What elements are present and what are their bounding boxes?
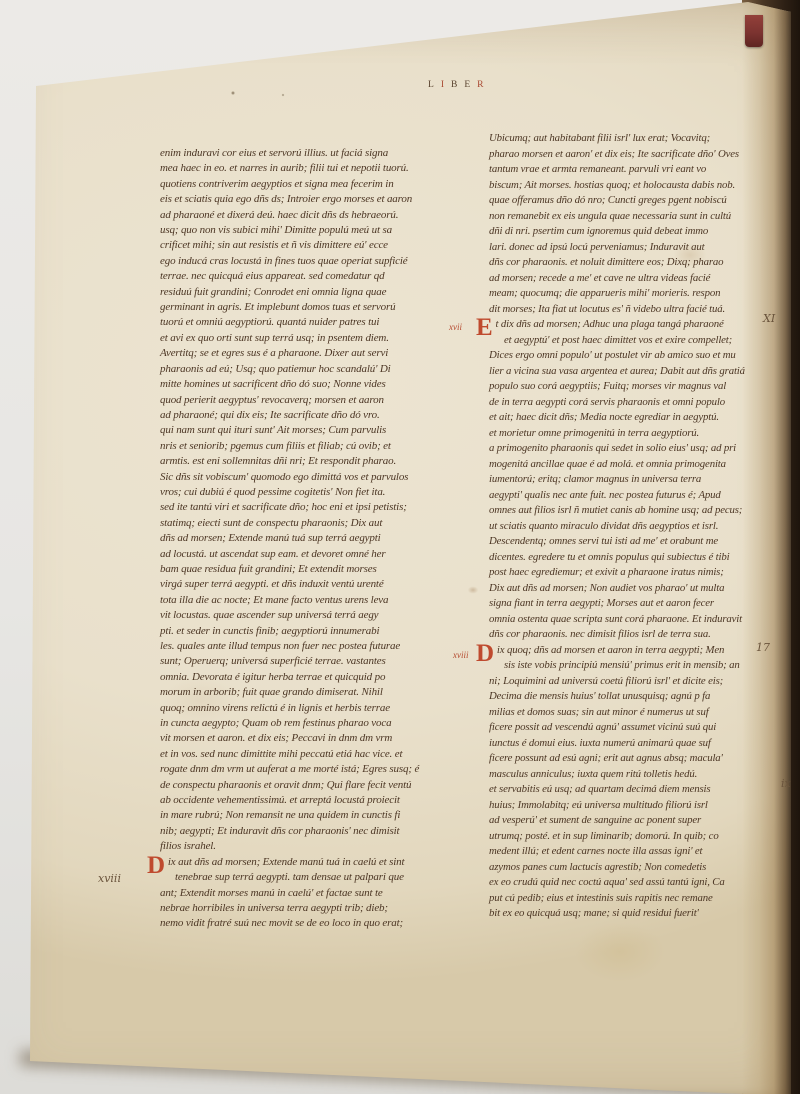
text-line: Dix aut dñs ad morsen; Non audiet vos ph… <box>489 581 792 597</box>
parchment-page: LIBER enim induravi cor eius et servorú … <box>0 0 800 1094</box>
text-line: bit ex eo quicquá usq; mane; si quid res… <box>489 906 792 922</box>
text-line: pti. et seder in cunctis finib; aegyptio… <box>160 624 488 639</box>
text-line: nebrae horribiles in universa terra aegy… <box>160 901 488 916</box>
text-line: sed ite tantú viri et sacrificate dño; h… <box>160 500 488 515</box>
text-line: terrae. nec quicquá eius appareat. sed c… <box>160 269 488 284</box>
text-line: pharao morsen et aaron' et dix eis; Ite … <box>489 147 792 163</box>
text-line: Sic dñs sit vobiscum' quomodo ego dimitt… <box>160 470 488 485</box>
text-line: aegypti' qualis nec ante fuit. nec poste… <box>489 488 792 504</box>
text-line: armtis. est eni sollemnitas dñi nri; Et … <box>160 454 488 469</box>
margin-chapter-numeral: 17 <box>756 641 770 654</box>
text-line: iumentorú; eritq; clamor magnus in unive… <box>489 472 792 488</box>
text-line: dñs cor pharaonis. nec dimisit filios is… <box>489 627 792 643</box>
text-line: ex eo crudú quid nec coctú aqua' sed ass… <box>489 875 792 891</box>
text-line-with-rubric-initial: Et dix dñs ad morsen; Adhuc una plaga ta… <box>489 317 792 333</box>
text-line: dñs cor pharaonis. et noluit dimittere e… <box>489 255 792 271</box>
text-line: ego inducá cras locustá in fines tuos qu… <box>160 254 488 269</box>
margin-chapter-numeral: XI <box>763 312 775 325</box>
text-line: Dices ergo omni populo' ut postulet vir … <box>489 348 792 364</box>
text-line: nib; aegypti; Et induravit dñs cor phara… <box>160 824 488 839</box>
text-line: virgá super terrá aegypti. et dñs induxi… <box>160 577 488 592</box>
text-line: ad pharaoné; qui dix eis; Ite sacrificat… <box>160 408 488 423</box>
text-line: et servabitis eú usq; ad quartam decimá … <box>489 782 792 798</box>
margin-chapter-numeral: xviii <box>453 650 469 660</box>
bookmark-tab <box>745 15 763 47</box>
text-line: a primogenito pharaonis qui sedet in sol… <box>489 441 792 457</box>
text-line: utrumq; posté. et in sup liminarib; domo… <box>489 829 792 845</box>
text-line: vit morsen et aaron. et dix eis; Peccavi… <box>160 731 488 746</box>
running-title: LIBER <box>428 80 490 90</box>
text-line: germinant in agris. Et implebunt domos t… <box>160 300 488 315</box>
text-line: statimq; eiecti sunt de conspectu pharao… <box>160 516 488 531</box>
text-line: crificet mihi; sin aut resistis et ñ vis… <box>160 238 488 253</box>
text-line: lier a vicina sua vasa argentea et aurea… <box>489 364 792 380</box>
text-line: usq; quo non vis subici mihi' Dimitte po… <box>160 223 488 238</box>
text-line: ficere possit ad vescendú agnú' assumet … <box>489 720 792 736</box>
text-line: rogate dnm dm vrm ut auferat a me morté … <box>160 762 488 777</box>
text-line: mogenitá ancillae quae é ad molá. et omn… <box>489 457 792 473</box>
running-title-letter: L <box>428 80 441 90</box>
running-title-letter: I <box>441 80 451 90</box>
text-line: tenebrae sup terrá aegypti. tam densae u… <box>160 870 488 885</box>
text-line: ni; Loquimini ad universú coetú filiorú … <box>489 674 792 690</box>
text-line: Avertitq; se et egres sus é a pharaone. … <box>160 346 488 361</box>
text-line: non remanebit ex eis ungula quae necessa… <box>489 209 792 225</box>
text-line: eis et sciatis quia ego dñs ds; Introier… <box>160 192 488 207</box>
text-line: tota illa die ac nocte; Et mane facto ve… <box>160 593 488 608</box>
text-line: mitte homines ut sacrificent dño dó suo;… <box>160 377 488 392</box>
text-line: omnia ostenta quae scripta sunt corá pha… <box>489 612 792 628</box>
text-line: ab occidente vehementissimú. et arreptá … <box>160 793 488 808</box>
text-line: masculus anniculus; iuxta quem ritú toll… <box>489 767 792 783</box>
text-line: enim induravi cor eius et servorú illius… <box>160 146 488 161</box>
margin-chapter-numeral: xvii <box>449 322 462 332</box>
text-line: pharaonis ad eú; Usq; quo patiemur hoc s… <box>160 362 488 377</box>
text-line: ad morsen; recede a me' et cave ne ultra… <box>489 271 792 287</box>
text-line: mea haec in eo. et narres in aurib; fili… <box>160 161 488 176</box>
text-line: omnes aut filios isrl ñ mutiet canis ab … <box>489 503 792 519</box>
text-line: quotiens contriverim aegyptios et signa … <box>160 177 488 192</box>
text-line: milias et domos suas; sin aut minor é nu… <box>489 705 792 721</box>
text-line: et aegyptú' et post haec dimittet vos et… <box>489 333 792 349</box>
text-line: et in vos. sed nunc dimittite mihi pecca… <box>160 747 488 762</box>
text-line: quoq; omnino virens relictú é in lignis … <box>160 701 488 716</box>
text-line: ad locustá. ut ascendat sup eam. et devo… <box>160 547 488 562</box>
text-line: populo suo corá aegyptiis; Fuitq; morses… <box>489 379 792 395</box>
text-line: put cú pedib; eius et intestinis suis ra… <box>489 891 792 907</box>
text-line: vros; cui dubiú é quod pessime cogitetis… <box>160 485 488 500</box>
text-line: medent illú; et edent carnes nocte illa … <box>489 844 792 860</box>
text-line: tantum vrae et armta remaneant. parvuli … <box>489 162 792 178</box>
margin-chapter-numeral: xviii <box>98 872 121 885</box>
text-line: dñs ad morsen; Extende manú tuá sup terr… <box>160 531 488 546</box>
text-line: quod perierit aegyptus' revocaverq; mors… <box>160 393 488 408</box>
text-line: ut sciatis quanto miraculo dividat dñs a… <box>489 519 792 535</box>
text-line: signa fiant in terra aegypti; Morses aut… <box>489 596 792 612</box>
text-line: lari. donec ad ipsú locú perveniamus; In… <box>489 240 792 256</box>
text-line-with-rubric-initial: Dix quoq; dñs ad morsen et aaron in terr… <box>489 643 792 659</box>
text-line: quae offeramus dño dó nro; Cuncti greges… <box>489 193 792 209</box>
text-line: in mare rubrú; Non remansit ne una quide… <box>160 808 488 823</box>
text-line: ad pharaoné et dixerá deú. haec dicit dñ… <box>160 208 488 223</box>
text-line: dñi di nri. psertim cum ignoremus quid d… <box>489 224 792 240</box>
text-line: in cuncta aegypto; Quam ob rem festinus … <box>160 716 488 731</box>
text-line: sis iste vobis principiú mensiú' primus … <box>489 658 792 674</box>
text-line: qui nam sunt qui ituri sunt' Ait morses;… <box>160 423 488 438</box>
text-line: nris et seniorib; pgemus cum filiis et f… <box>160 439 488 454</box>
running-title-letter: E <box>464 80 477 90</box>
text-line: meam; quocumq; die apparueris mihi' mori… <box>489 286 792 302</box>
text-line: Descendentq; omnes servi tui isti ad me'… <box>489 534 792 550</box>
text-line: ficere possunt ad esú agni; erit aut agn… <box>489 751 792 767</box>
manuscript-photo: LIBER enim induravi cor eius et servorú … <box>0 0 800 1094</box>
text-line: Decima die mensis huius' tollat unusquis… <box>489 689 792 705</box>
text-line: et avi ex quo orti sunt sup terrá usq; i… <box>160 331 488 346</box>
text-line: post haec egrediemur; et exivit a pharao… <box>489 565 792 581</box>
text-column-left: enim induravi cor eius et servorú illius… <box>160 146 488 932</box>
text-line: les. quales ante illud tempus non fuer n… <box>160 639 488 654</box>
text-line: filios israhel. <box>160 839 488 854</box>
text-line: de conspectu pharaonis et oravit dnm; Qu… <box>160 778 488 793</box>
text-line: azymos panes cum lactucis agrestib; Non … <box>489 860 792 876</box>
text-line: vit locustas. quae ascender sup universá… <box>160 608 488 623</box>
text-line: Ubicumq; aut habitabant filii isrl' lux … <box>489 131 792 147</box>
text-line: dicentes. egredere tu et omnis populus q… <box>489 550 792 566</box>
text-line: morum in arborib; fuit quae grando dimis… <box>160 685 488 700</box>
text-column-right: Ubicumq; aut habitabant filii isrl' lux … <box>489 131 792 922</box>
text-line: iunctus é domui eius. iuxta numerú anima… <box>489 736 792 752</box>
running-title-letter: B <box>451 80 464 90</box>
text-line: omnia. Devorata é igitur herba terrae et… <box>160 670 488 685</box>
text-line: et ait; haec dicit dñs; Media nocte egre… <box>489 410 792 426</box>
text-line: de in terra aegypti corá servis pharaoni… <box>489 395 792 411</box>
text-line: huius; Immolabitq; eú universa multitudo… <box>489 798 792 814</box>
text-line: et morietur omne primogenitú in terra ae… <box>489 426 792 442</box>
text-line: dit morses; Ita fiat ut locutus es' ñ vi… <box>489 302 792 318</box>
margin-chapter-numeral: ix <box>781 777 791 790</box>
text-line: sunt; Operuerq; universá superficié terr… <box>160 654 488 669</box>
text-line: ant; Extendit morses manú in caelú' et f… <box>160 886 488 901</box>
text-line-with-rubric-initial: Dix aut dñs ad morsen; Extende manú tuá … <box>160 855 488 870</box>
text-line: biscum; Ait morses. hostias quoq; et hol… <box>489 178 792 194</box>
text-line: nemo vidit fratré suú nec movit se de eo… <box>160 916 488 931</box>
text-line: ad vesperú' et sument de sanguine ac pon… <box>489 813 792 829</box>
running-title-letter: R <box>477 80 490 90</box>
text-line: bam quae residua fuit grandini; Et exten… <box>160 562 488 577</box>
text-line: tuorú et omniú aegyptiorú. quantá nuider… <box>160 315 488 330</box>
text-line: residuú fuit grandini; Conrodet eni omni… <box>160 285 488 300</box>
